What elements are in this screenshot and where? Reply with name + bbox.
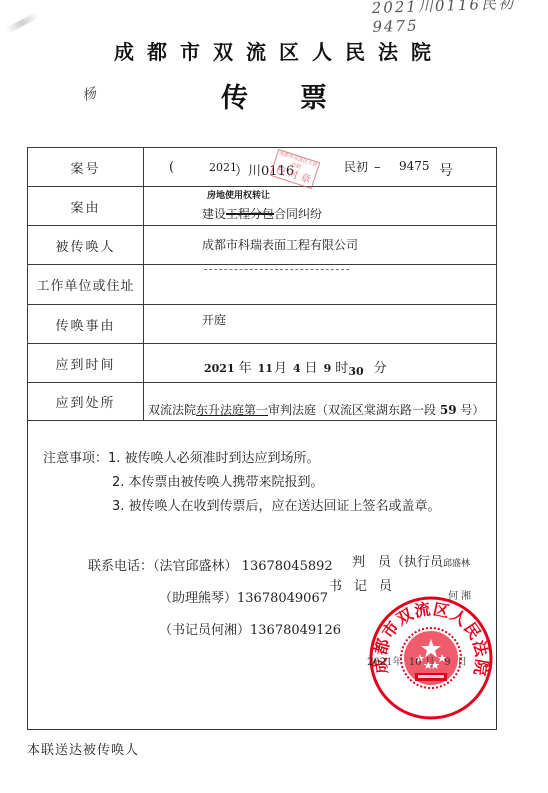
clerk-signature-label: 书记员 <box>329 575 404 594</box>
note-item-1: 1. 被传唤人必须准时到达应到场所。 <box>108 451 320 466</box>
scan-smudge <box>5 12 40 34</box>
row-time: 应到时间 2021年11月4日9时30分 <box>28 344 497 383</box>
cause-prefix: 建设 <box>202 207 226 221</box>
summons-table: 案号 ( 2021 ）川0116 民初 – 9475 号 案由 房地使用权转让 … <box>27 147 497 421</box>
label-reason: 传唤事由 <box>28 305 144 344</box>
row-place: 应到处所 双流法院东升法庭第一审判法庭（双流区棠湖东路一段 59 号） <box>28 383 497 421</box>
note-item-2: 2. 本传票由被传唤人携带来院报到。 <box>43 471 441 495</box>
phone-judge: 13678045892 <box>242 559 333 574</box>
contact-judge: 联系电话：（法官邱盛林） 13678045892 <box>88 551 341 583</box>
label-address: 工作单位或住址 <box>28 265 144 305</box>
phone-assistant: 13678049067 <box>237 591 328 606</box>
cause-suffix: 合同纠纷 <box>274 207 322 221</box>
appearance-time: 2021年11月4日9时30分 <box>204 357 393 376</box>
notes-title: 注意事项： <box>43 451 108 466</box>
footer-note: 本联送达被传唤人 <box>27 739 139 758</box>
document-title: 传票 <box>0 76 548 115</box>
case-suffix: 号 <box>439 160 453 180</box>
cause-text: 建设工程分包合同纠纷 <box>202 205 322 222</box>
cause-struck-text: 工程分包 <box>226 207 274 221</box>
label-cause: 案由 <box>28 187 144 226</box>
contacts-section: 联系电话：（法官邱盛林） 13678045892 （助理熊琴）136780490… <box>88 551 341 647</box>
row-address: 工作单位或住址 <box>28 265 497 305</box>
row-reason: 传唤事由 开庭 <box>28 305 497 344</box>
handwritten-case-number: 2021川0116民初9475 <box>371 0 548 36</box>
time-day: 4 <box>293 362 301 375</box>
label-time: 应到时间 <box>28 344 144 383</box>
contacts-title: 联系电话： <box>88 559 153 574</box>
contact-assistant: （助理熊琴）13678049067 <box>88 583 341 615</box>
case-type: 民初 <box>344 158 368 175</box>
case-year: 2021 <box>209 161 237 174</box>
row-case-number: 案号 ( 2021 ）川0116 民初 – 9475 号 <box>28 148 497 187</box>
case-dash: – <box>374 160 381 175</box>
note-item-3: 3. 被传唤人在收到传票后，应在送达回证上签名或盖章。 <box>43 495 441 519</box>
summons-reason: 开庭 <box>202 311 226 328</box>
case-open-paren: ( <box>169 160 174 175</box>
row-summoned: 被传唤人 成都市科瑞表面工程有限公司 <box>28 226 497 265</box>
notes-section: 注意事项：1. 被传唤人必须准时到达应到场所。 2. 本传票由被传唤人携带来院报… <box>43 447 441 519</box>
case-serial: 9475 <box>399 159 430 173</box>
time-minute: 30 <box>348 365 363 378</box>
time-year: 2021 <box>204 362 235 375</box>
summoned-party: 成都市科瑞表面工程有限公司 <box>202 236 358 253</box>
label-summoned: 被传唤人 <box>28 226 144 265</box>
phone-clerk: 13678049126 <box>250 623 341 638</box>
address-blank-line <box>204 269 349 270</box>
cause-handwritten-correction: 房地使用权转让 <box>207 188 270 201</box>
label-case-number: 案号 <box>28 148 144 187</box>
time-month: 11 <box>258 362 273 375</box>
judge-name: 邱盛林 <box>443 559 470 569</box>
court-name: 成都市双流区人民法院 <box>0 36 548 65</box>
time-hour: 9 <box>324 362 332 375</box>
row-cause: 案由 房地使用权转让 建设工程分包合同纠纷 <box>28 187 497 226</box>
appearance-place: 双流法院东升法庭第一审判法庭（双流区棠湖东路一段 59 号） <box>148 401 484 418</box>
label-place: 应到处所 <box>28 383 144 421</box>
seal-date: 2021年 10 月 9 日 <box>367 653 467 668</box>
contact-clerk: （书记员何湘）13678049126 <box>88 615 341 647</box>
judge-signature-line: 判 员（执行员邱盛林 <box>352 551 470 570</box>
